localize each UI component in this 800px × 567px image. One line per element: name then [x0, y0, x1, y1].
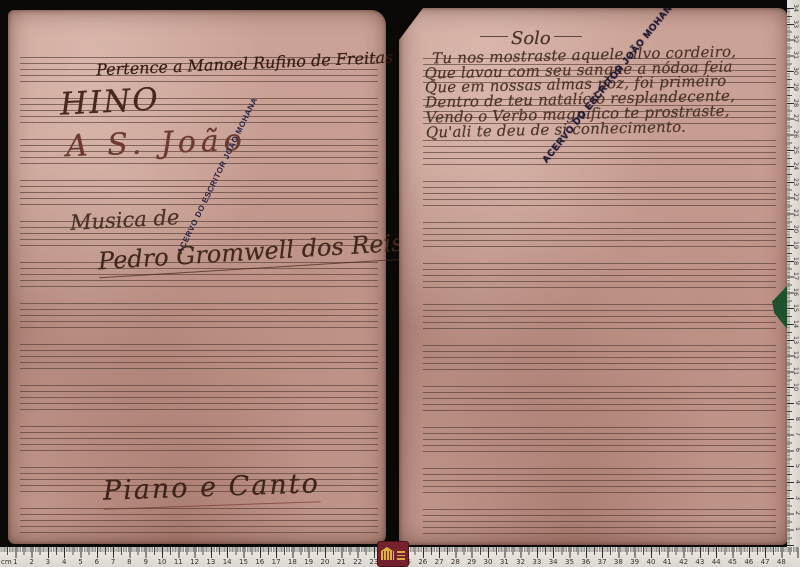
archive-logo-chip	[378, 542, 408, 566]
music-staff	[423, 345, 776, 370]
ruler-number: 37	[598, 558, 607, 566]
ruler-number: 17	[272, 558, 281, 566]
ruler-number: 27	[435, 558, 444, 566]
ruler-number: 27	[792, 114, 800, 122]
ruler-number: 23	[792, 177, 800, 185]
ruler-number: 30	[792, 67, 800, 75]
ruler-number: 7	[794, 432, 800, 436]
ruler-number: 19	[304, 558, 313, 566]
ruler-number: 6	[794, 448, 800, 452]
ruler-number: 6	[95, 558, 99, 566]
ruler-number: 30	[484, 558, 493, 566]
ruler-number: 14	[792, 320, 800, 328]
ruler-number: 32	[792, 35, 800, 43]
logo-text-line	[397, 551, 405, 553]
ruler-number: 18	[792, 256, 800, 264]
ruler-number: 10	[792, 383, 800, 391]
ruler-number: 11	[792, 367, 800, 375]
ruler-number: 26	[418, 558, 427, 566]
logo-text-line	[397, 558, 405, 560]
ruler-number: 31	[792, 51, 800, 59]
ruler-number: 36	[581, 558, 590, 566]
music-staff	[423, 181, 776, 206]
ruler-number: 47	[761, 558, 770, 566]
ruler-number: 13	[206, 558, 215, 566]
ruler-number: 33	[792, 19, 800, 27]
ruler-number: 26	[792, 130, 800, 138]
music-staff	[423, 509, 776, 534]
ruler-number: 1	[794, 527, 800, 531]
ruler-number: 12	[792, 351, 800, 359]
ruler-number: 19	[792, 241, 800, 249]
ruler-number: 33	[532, 558, 541, 566]
flourish-dash	[554, 36, 582, 37]
ruler-number: 22	[353, 558, 362, 566]
music-staff	[20, 303, 378, 328]
ruler-number: 34	[792, 4, 800, 12]
ruler-number: 39	[630, 558, 639, 566]
music-staff	[423, 140, 776, 165]
ruler-number: 25	[792, 146, 800, 154]
ruler-number: 14	[223, 558, 232, 566]
ruler-number: 38	[614, 558, 623, 566]
ruler-number: 22	[792, 193, 800, 201]
ruler-number: 13	[792, 335, 800, 343]
title-hino: HINO	[59, 81, 161, 122]
ruler-number: 17	[792, 272, 800, 280]
ruler-number: 24	[792, 162, 800, 170]
ruler-number: 29	[792, 83, 800, 91]
ruler-number: 45	[728, 558, 737, 566]
music-staff	[20, 426, 378, 451]
ruler-number: 1	[13, 558, 17, 566]
ruler-unit-label: cm	[1, 558, 12, 566]
music-staff	[20, 344, 378, 369]
ruler-number: 42	[679, 558, 688, 566]
ruler-number: 16	[792, 288, 800, 296]
music-staff	[423, 468, 776, 493]
music-staff	[20, 385, 378, 410]
building-icon	[381, 551, 394, 560]
music-staff	[20, 508, 378, 533]
ruler-number: 16	[255, 558, 264, 566]
ruler-number: 2	[29, 558, 33, 566]
ruler-number: 20	[792, 225, 800, 233]
archival-photo-scene: Pertence a Manoel Rufino de Freitas HINO…	[0, 0, 800, 567]
ruler-number: 28	[792, 98, 800, 106]
ruler-number: 3	[46, 558, 50, 566]
ruler-number: 3	[794, 496, 800, 500]
ruler-number: 5	[794, 464, 800, 468]
ruler-number: 29	[467, 558, 476, 566]
ruler-number: 34	[549, 558, 558, 566]
ruler-number: 20	[321, 558, 330, 566]
ruler-number: 8	[127, 558, 131, 566]
ruler-number: 43	[695, 558, 704, 566]
manuscript-right-page: Solo Tu nos mostraste aquele alvo cordei…	[399, 8, 788, 545]
ruler-number: 9	[143, 558, 147, 566]
music-staff	[423, 263, 776, 288]
ruler-number: 10	[158, 558, 167, 566]
ruler-number: 18	[288, 558, 297, 566]
ruler-number: 8	[794, 417, 800, 421]
manuscript-left-page: Pertence a Manoel Rufino de Freitas HINO…	[8, 10, 386, 544]
ruler-number: 31	[500, 558, 509, 566]
ruler-number: 35	[565, 558, 574, 566]
ruler-number: 5	[78, 558, 82, 566]
ruler-number: 9	[794, 401, 800, 405]
ruler-number: 7	[111, 558, 115, 566]
ruler-number: 40	[647, 558, 656, 566]
logo-text-line	[397, 555, 405, 557]
ruler-number: 4	[794, 480, 800, 484]
ruler-number: 41	[663, 558, 672, 566]
ruler-number: 21	[792, 209, 800, 217]
music-staff	[423, 386, 776, 411]
ruler-number: 15	[792, 304, 800, 312]
ruler-number: 4	[62, 558, 66, 566]
ruler-number: 44	[712, 558, 721, 566]
ruler-number: 15	[239, 558, 248, 566]
ruler-number: 21	[337, 558, 346, 566]
music-staff	[423, 427, 776, 452]
ruler-number: 23	[369, 558, 378, 566]
ruler-number: 2	[794, 511, 800, 515]
music-staff	[423, 304, 776, 329]
flourish-dash	[480, 36, 508, 37]
ruler-number: 32	[516, 558, 525, 566]
vertical-cm-ruler: 1234567891011121314151617181920212223242…	[787, 0, 800, 547]
ruler-number: 28	[451, 558, 460, 566]
ruler-number: 48	[777, 558, 786, 566]
ruler-number: 12	[190, 558, 199, 566]
music-staff	[423, 222, 776, 247]
ruler-number: 46	[744, 558, 753, 566]
ruler-number: 11	[174, 558, 183, 566]
